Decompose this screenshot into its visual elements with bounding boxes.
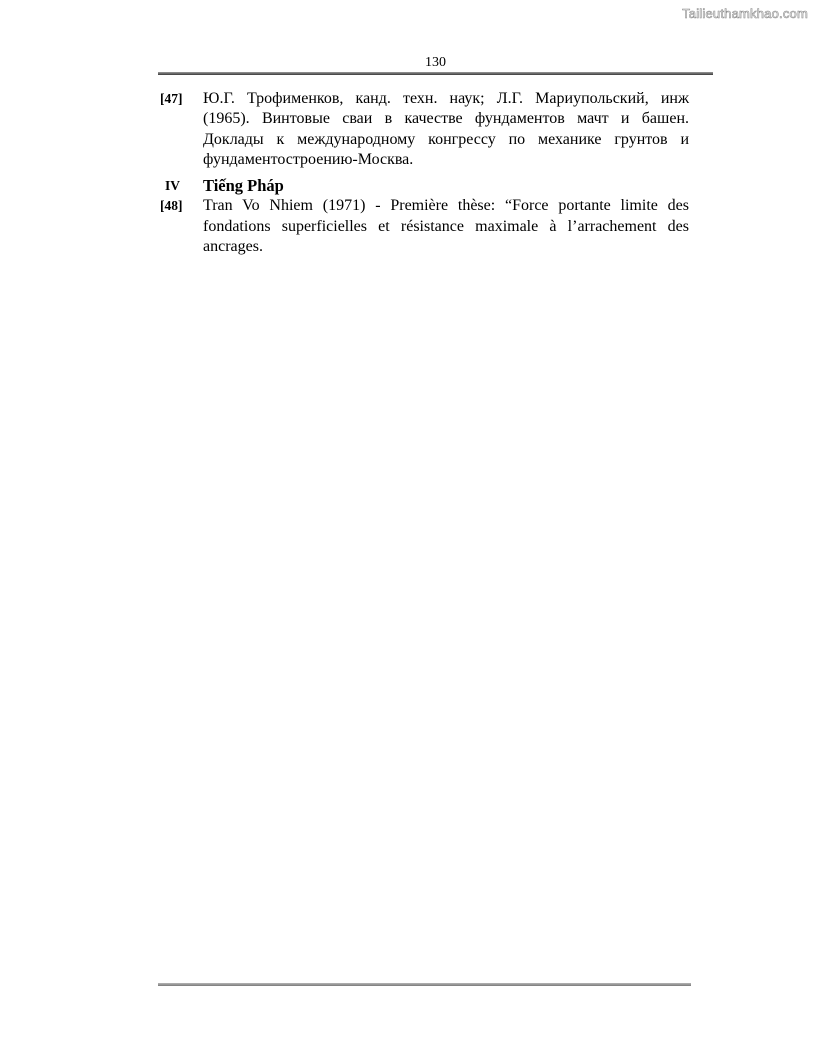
header-rule <box>158 72 713 75</box>
footer-rule <box>158 983 691 986</box>
page-number: 130 <box>158 55 713 71</box>
reference-label: [48] <box>160 196 203 216</box>
section-label: IV <box>160 176 203 196</box>
section-heading: IV Tiếng Pháp <box>160 176 689 196</box>
reference-entry-48: [48] Tran Vo Nhiem (1971) - Première thè… <box>160 196 689 257</box>
document-body: [47] Ю.Г. Трофименков, канд. техн. наук;… <box>160 89 689 257</box>
reference-text: Ю.Г. Трофименков, канд. техн. наук; Л.Г.… <box>203 89 689 170</box>
section-title: Tiếng Pháp <box>203 176 689 196</box>
reference-entry-47: [47] Ю.Г. Трофименков, канд. техн. наук;… <box>160 89 689 170</box>
watermark: Tailieuthamkhao.com <box>682 6 808 21</box>
reference-text: Tran Vo Nhiem (1971) - Première thèse: “… <box>203 196 689 257</box>
reference-label: [47] <box>160 89 203 109</box>
